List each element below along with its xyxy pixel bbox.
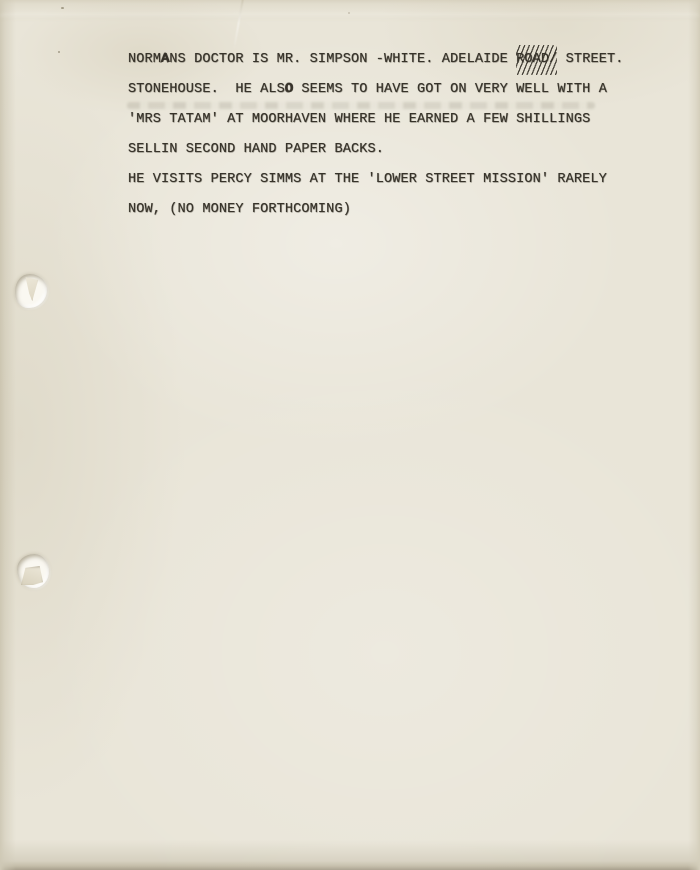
text-segment: 'MRS TATAM' AT MOORHAVEN WHERE HE EARNED… — [128, 112, 590, 127]
punch-hole-top — [15, 274, 47, 308]
punch-hole-bottom — [17, 554, 49, 588]
torn-paper-flap — [24, 277, 39, 301]
text-line: STONEHOUSE. HE ALSO SEEMS TO HAVE GOT ON… — [128, 75, 668, 105]
paper-speck — [58, 51, 60, 53]
torn-paper-flap — [21, 566, 43, 585]
paper-speck — [61, 7, 64, 9]
text-segment: HE VISITS PERCY SIMMS AT THE 'LOWER STRE… — [128, 172, 607, 187]
text-line: HE VISITS PERCY SIMMS AT THE 'LOWER STRE… — [128, 165, 668, 195]
text-segment: STREET. — [557, 52, 623, 67]
typewritten-text: NORMANS DOCTOR IS MR. SIMPSON -WHITE. AD… — [128, 45, 668, 225]
text-line: NOW, (NO MONEY FORTHCOMING) — [128, 195, 668, 225]
text-segment: STONEHOUSE. HE ALS — [128, 82, 285, 97]
text-segment: O — [285, 82, 293, 97]
text-segment: NOW, (NO MONEY FORTHCOMING) — [128, 202, 351, 217]
text-line: SELLIN SECOND HAND PAPER BACKS. — [128, 135, 668, 165]
text-segment: NS DOCTOR IS MR. SIMPSON -WHITE. ADELAID… — [169, 52, 516, 67]
text-segment: NORM — [128, 52, 161, 67]
paper-crease-horizontal — [0, 14, 700, 19]
paper-sheet: NORMANS DOCTOR IS MR. SIMPSON -WHITE. AD… — [0, 0, 700, 870]
text-segment: SELLIN SECOND HAND PAPER BACKS. — [128, 142, 384, 157]
text-segment: SEEMS TO HAVE GOT ON VERY WELL WITH A — [293, 82, 607, 97]
struck-out-text: ROAD/ — [516, 45, 557, 75]
text-line: NORMANS DOCTOR IS MR. SIMPSON -WHITE. AD… — [128, 45, 668, 75]
paper-crease — [233, 0, 245, 50]
paper-speck — [348, 12, 350, 14]
text-line: 'MRS TATAM' AT MOORHAVEN WHERE HE EARNED… — [128, 105, 668, 135]
